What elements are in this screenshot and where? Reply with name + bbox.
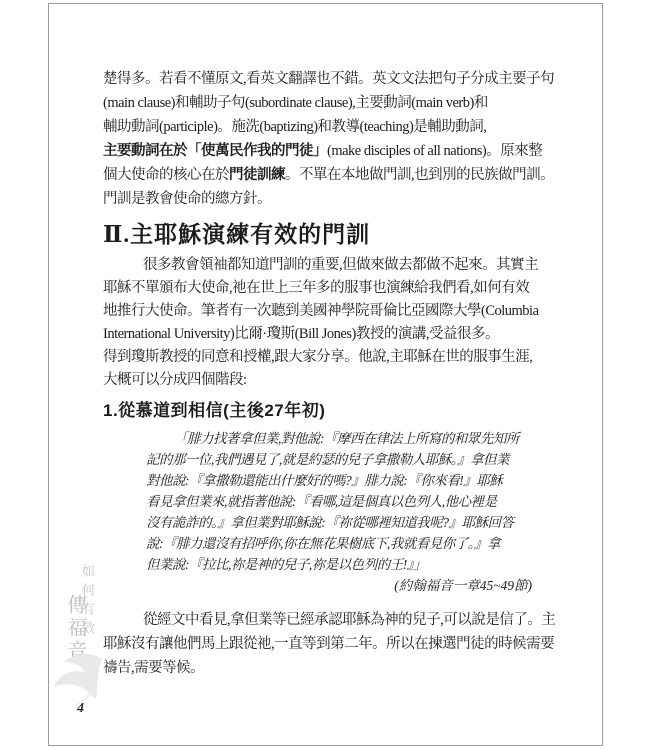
bold-phrase-make-disciples: 主要動詞在於「使萬民作我的門徒」 <box>103 143 327 159</box>
text-line: 從經文中看見,拿但業等已經承認耶穌為神的兒子,可以說是信了。主 <box>103 608 559 632</box>
text-segment: 個大使命的核心在於 <box>103 167 229 183</box>
scripture-citation: (約翰福音一章45~49節) <box>146 574 532 594</box>
text-line: 很多教會領袖都知道門訓的重要,但做來做去都做不起來。其實主 <box>103 254 559 277</box>
quote-line: 「腓力找著拿但業,對他說:『摩西在律法上所寫的和眾先知所 <box>146 428 538 449</box>
text-line: 門訓是教會使命的總方針。 <box>103 187 555 211</box>
text-line: 大概可以分成四個階段: <box>103 369 559 392</box>
quote-line: 對他說:『拿撒勒還能出什麼好的嗎?』腓力說:『你來看!』耶穌 <box>146 470 538 491</box>
text-line: 楚得多。若看不懂原文,看英文翻譯也不錯。英文文法把句子分成主要子句 <box>103 67 555 91</box>
text-line: (main clause)和輔助子句(subordinate clause),主… <box>103 91 555 115</box>
quote-line: 看見拿但業來,就指著他說:『看哪,這是個真以色列人,他心裡是 <box>146 491 538 512</box>
page-number: 4 <box>77 701 84 717</box>
page-frame: 如何有效 傳福音 4 楚得多。若看不懂原文,看英文翻譯也不錯。英文文法把句子分成… <box>48 3 603 746</box>
quote-line: 但業說:『拉比,祢是神的兒子,祢是以色列的王!』」 <box>146 554 538 575</box>
text-line: 地推行大使命。筆者有一次聽到美國神學院哥倫比亞國際大學(Columbia <box>103 300 559 323</box>
text-segment: 。不單在本地做門訓,也到別的民族做門訓。 <box>285 167 554 183</box>
quote-line: 記的那一位,我們遇見了,就是約瑟的兒子拿撒勒人耶穌。』拿但業 <box>146 449 538 470</box>
quote-line: 說:『腓力還沒有招呼你,你在無花果樹底下,我就看見你了。』拿 <box>146 533 538 554</box>
quote-line: 沒有詭詐的。』拿但業對耶穌說:『祢從哪裡知道我呢?』耶穌回答 <box>146 512 538 533</box>
section-heading: Ⅱ.主耶穌演練有效的門訓 <box>103 216 573 249</box>
text-line: 禱告,需要等候。 <box>103 656 559 680</box>
text-line: International University)比爾·瓊斯(Bill Jone… <box>103 323 559 346</box>
scripture-quote: 「腓力找著拿但業,對他說:『摩西在律法上所寫的和眾先知所 記的那一位,我們遇見了… <box>146 428 538 575</box>
bold-phrase-discipleship-training: 門徒訓練 <box>229 167 285 183</box>
text-line: 耶穌沒有讓他們馬上跟從祂,一直等到第二年。所以在揀選門徒的時候需要 <box>103 632 559 656</box>
text-segment: (make disciples of all nations)。原來整 <box>327 143 542 159</box>
text-line: 耶穌不單頒布大使命,祂在世上三年多的服事也演練給我們看,如何有效 <box>103 277 559 300</box>
paragraph-conclusion: 從經文中看見,拿但業等已經承認耶穌為神的兒子,可以說是信了。主 耶穌沒有讓他們馬… <box>103 608 559 680</box>
text-line: 輔助動詞(participle)。施洗(baptizing)和教導(teachi… <box>103 115 555 139</box>
text-line: 得到瓊斯教授的同意和授權,跟大家分享。他說,主耶穌在世的服事生涯, <box>103 346 559 369</box>
subsection-heading: 1.從慕道到相信(主後27年初) <box>103 396 523 421</box>
paragraph-great-commission: 楚得多。若看不懂原文,看英文翻譯也不錯。英文文法把句子分成主要子句 (main … <box>103 67 555 211</box>
text-line: 主要動詞在於「使萬民作我的門徒」(make disciples of all n… <box>103 139 555 163</box>
text-line: 個大使命的核心在於門徒訓練。不單在本地做門訓,也到別的民族做門訓。 <box>103 163 555 187</box>
paragraph-bill-jones: 很多教會領袖都知道門訓的重要,但做來做去都做不起來。其實主 耶穌不單頒布大使命,… <box>103 254 559 392</box>
